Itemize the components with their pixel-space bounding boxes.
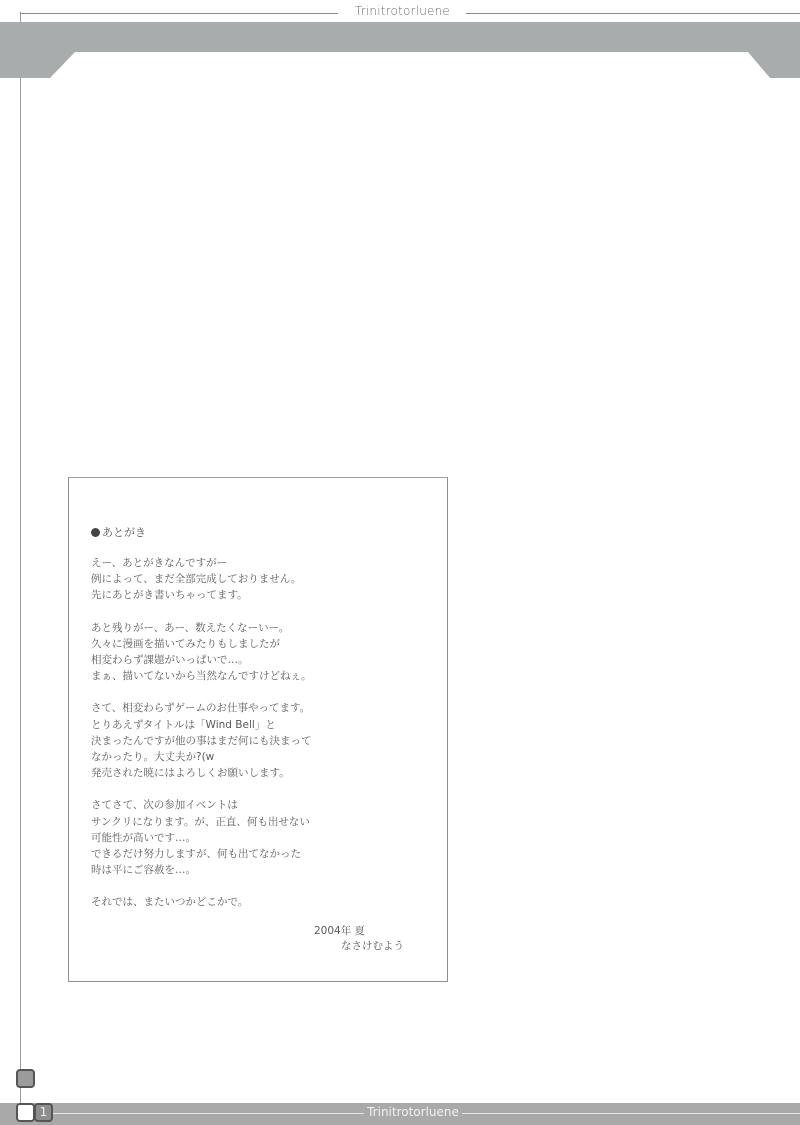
text-line: まぁ、描いてないから当然なんですけどねぇ。: [91, 668, 312, 684]
footer-rule-left: [52, 1113, 364, 1114]
document-page: Trinitrotorluene あとがき えー、あとがきなんですがー 例によっ…: [0, 0, 800, 1125]
page-number: 1: [34, 1103, 53, 1122]
text-line: できるだけ努力しますが、何も出てなかった: [91, 846, 312, 862]
paragraph: えー、あとがきなんですがー 例によって、まだ全部完成しておりません。 先にあとが…: [91, 555, 312, 604]
text-line: とりあえずタイトルは「Wind Bell」と: [91, 717, 312, 733]
text-line: 時は平にご容赦を…。: [91, 862, 312, 878]
footer-title: Trinitrotorluene: [365, 1105, 461, 1119]
header-band: [0, 22, 800, 82]
text-line: あと残りがー、あー、数えたくなーいー。: [91, 620, 312, 636]
text-line: それでは、またいつかどこかで。: [91, 894, 312, 910]
signature-date: 2004年 夏: [314, 924, 404, 939]
signature-author: なさけむよう: [314, 939, 404, 954]
paragraph: あと残りがー、あー、数えたくなーいー。 久々に漫画を描いてみたりもしましたが 相…: [91, 620, 312, 685]
text-line: 可能性が高いです…。: [91, 830, 312, 846]
header-title: Trinitrotorluene: [340, 4, 465, 18]
header-rule-left: [20, 13, 338, 14]
afterword-heading-text: あとがき: [102, 524, 146, 540]
text-line: さて、相変わらずゲームのお仕事やってます。: [91, 700, 312, 716]
text-line: 相変わらず課題がいっぱいで…。: [91, 652, 312, 668]
text-line: 先にあとがき書いちゃってます。: [91, 587, 312, 603]
deco-square-icon: [16, 1103, 35, 1122]
paragraph: さてさて、次の参加イベントは サンクリになります。が、正直、何も出せない 可能性…: [91, 797, 312, 878]
text-line: 決まったんですが他の事はまだ何にも決まって: [91, 733, 312, 749]
footer-rule-right: [462, 1113, 800, 1114]
deco-square-icon: [16, 1069, 35, 1088]
afterword-body: えー、あとがきなんですがー 例によって、まだ全部完成しておりません。 先にあとが…: [91, 555, 312, 927]
margin-line: [20, 12, 21, 1112]
afterword-box: あとがき えー、あとがきなんですがー 例によって、まだ全部完成しておりません。 …: [68, 477, 448, 982]
text-line: 例によって、まだ全部完成しておりません。: [91, 571, 312, 587]
afterword-heading: あとがき: [91, 524, 146, 540]
bullet-icon: [91, 528, 100, 537]
paragraph: それでは、またいつかどこかで。: [91, 894, 312, 910]
text-line: なかったり。大丈夫か?(w: [91, 749, 312, 765]
paragraph: さて、相変わらずゲームのお仕事やってます。 とりあえずタイトルは「Wind Be…: [91, 700, 312, 781]
text-line: さてさて、次の参加イベントは: [91, 797, 312, 813]
text-line: 発売された暁にはよろしくお願いします。: [91, 765, 312, 781]
header-rule-right: [466, 13, 800, 14]
text-line: 久々に漫画を描いてみたりもしましたが: [91, 636, 312, 652]
text-line: えー、あとがきなんですがー: [91, 555, 312, 571]
text-line: サンクリになります。が、正直、何も出せない: [91, 814, 312, 830]
signature: 2004年 夏 なさけむよう: [314, 924, 404, 954]
